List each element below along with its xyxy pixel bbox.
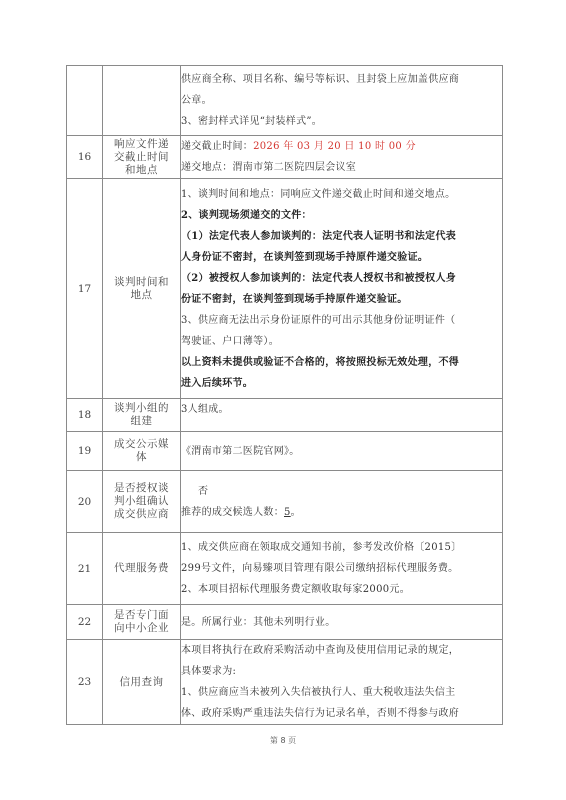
table-row-20: 20 是否授权谈 判小组确认 成交供应商 否 推荐的成交候选人数：5。 [67, 471, 503, 533]
content-line: 人身份证不密封，在谈判签到现场手持原件递交验证。 [181, 247, 502, 268]
name-line: 组建 [103, 415, 180, 428]
row-number [67, 66, 103, 136]
table-row-19: 19 成交公示媒 体 《渭南市第二医院官网》。 [67, 432, 503, 471]
table-row-16: 16 响应文件递 交截止时间 和地点 递交截止时间：2026 年 03 月 20… [67, 136, 503, 179]
candidate-count-value: 5 [284, 507, 291, 518]
row-number: 17 [67, 179, 103, 399]
candidate-count-label: 推荐的成交候选人数： [181, 507, 284, 518]
row-item-name: 谈判时间和 地点 [103, 179, 181, 399]
name-line: 谈判时间和 [103, 276, 180, 289]
row-item-name: 成交公示媒 体 [103, 432, 181, 471]
table-row-23: 23 信用查询 本项目将执行在政府采购活动中查询及使用信用记录的规定， 具体要求… [67, 640, 503, 725]
table-row-17: 17 谈判时间和 地点 1、谈判时间和地点：同响应文件递交截止时间和递交地点。 … [67, 179, 503, 399]
content-line: 1、谈判时间和地点：同响应文件递交截止时间和递交地点。 [181, 184, 502, 205]
content-line: 1、供应商应当未被列入失信被执行人、重大税收违法失信主 [181, 682, 502, 703]
deadline-label: 递交截止时间： [181, 141, 253, 152]
content-line: 本项目将执行在政府采购活动中查询及使用信用记录的规定， [181, 640, 502, 661]
page-number: 第 8 页 [0, 735, 566, 746]
name-line: 成交公示媒 [103, 438, 180, 451]
content-line: 份证不密封，在谈判签到现场手持原件递交验证。 [181, 289, 502, 310]
content-line: 以上资料未提供或验证不合格的，将按照投标无效处理，不得 [181, 352, 502, 373]
content-line: 供应商全称、项目名称、编号等标识、且封袋上应加盖供应商 [181, 69, 502, 90]
row-number: 23 [67, 640, 103, 725]
row-number: 22 [67, 605, 103, 640]
row-number: 21 [67, 533, 103, 605]
location-line: 递交地点：渭南市第二医院四层会议室 [181, 157, 502, 178]
row-content: 1、成交供应商在领取成交通知书前，参考发改价格〔2015〕 299号文件，向易臻… [181, 533, 503, 605]
name-line: 响应文件递 [103, 138, 180, 151]
content-line: 3、密封样式详见“封装样式”。 [181, 111, 502, 132]
name-line: 成交供应商 [103, 508, 180, 521]
row-item-name: 代理服务费 [103, 533, 181, 605]
table-row-21: 21 代理服务费 1、成交供应商在领取成交通知书前，参考发改价格〔2015〕 2… [67, 533, 503, 605]
row-content: 《渭南市第二医院官网》。 [181, 432, 503, 471]
content-line: 体、政府采购严重违法失信行为记录名单，否则不得参与政府 [181, 703, 502, 724]
content-line: 具体要求为: [181, 661, 502, 682]
row-content: 否 推荐的成交候选人数：5。 [181, 471, 503, 533]
content-line: 公章。 [181, 90, 502, 111]
content-line: 是。所属行业：其他未列明行业。 [181, 612, 502, 633]
name-line: 是否专门面 [103, 609, 180, 622]
content-line: （2）被授权人参加谈判的：法定代表人授权书和被授权人身 [181, 268, 502, 289]
row-item-name: 响应文件递 交截止时间 和地点 [103, 136, 181, 179]
content-line: 2、本项目招标代理服务费定额收取每家2000元。 [181, 579, 502, 600]
row-number: 16 [67, 136, 103, 179]
row-content: 递交截止时间：2026 年 03 月 20 日 10 时 00 分 递交地点：渭… [181, 136, 503, 179]
name-line: 体 [103, 451, 180, 464]
row-content: 3人组成。 [181, 399, 503, 432]
name-line: 谈判小组的 [103, 402, 180, 415]
deadline-line: 递交截止时间：2026 年 03 月 20 日 10 时 00 分 [181, 136, 502, 157]
table-row-18: 18 谈判小组的 组建 3人组成。 [67, 399, 503, 432]
content-line: 驾驶证、户口薄等）。 [181, 331, 502, 352]
row-number: 19 [67, 432, 103, 471]
name-line: 判小组确认 [103, 495, 180, 508]
row-item-name [103, 66, 181, 136]
content-line: （1）法定代表人参加谈判的：法定代表人证明书和法定代表 [181, 226, 502, 247]
name-line: 向中小企业 [103, 622, 180, 635]
content-line: 3、供应商无法出示身份证原件的可出示其他身份证明证件（ [181, 310, 502, 331]
candidate-count-suffix: 。 [291, 507, 301, 518]
content-line: 3人组成。 [181, 399, 502, 420]
name-line: 地点 [103, 289, 180, 302]
row-content: 是。所属行业：其他未列明行业。 [181, 605, 503, 640]
table-row-22: 22 是否专门面 向中小企业 是。所属行业：其他未列明行业。 [67, 605, 503, 640]
row-number: 20 [67, 471, 103, 533]
table-row-15: 供应商全称、项目名称、编号等标识、且封袋上应加盖供应商 公章。 3、密封样式详见… [67, 66, 503, 136]
content-line: 299号文件，向易臻项目管理有限公司缴纳招标代理服务费。 [181, 558, 502, 579]
row-content: 1、谈判时间和地点：同响应文件递交截止时间和递交地点。 2、谈判现场须递交的文件… [181, 179, 503, 399]
content-line: 进入后续环节。 [181, 373, 502, 394]
content-line: 《渭南市第二医院官网》。 [181, 441, 502, 462]
content-line: 1、成交供应商在领取成交通知书前，参考发改价格〔2015〕 [181, 537, 502, 558]
name-line: 交截止时间 [103, 151, 180, 164]
name-line: 和地点 [103, 164, 180, 177]
row-content: 供应商全称、项目名称、编号等标识、且封袋上应加盖供应商 公章。 3、密封样式详见… [181, 66, 503, 136]
row-content: 本项目将执行在政府采购活动中查询及使用信用记录的规定， 具体要求为: 1、供应商… [181, 640, 503, 725]
row-item-name: 是否授权谈 判小组确认 成交供应商 [103, 471, 181, 533]
row-item-name: 是否专门面 向中小企业 [103, 605, 181, 640]
authorize-answer: 否 [181, 481, 502, 502]
candidate-count-line: 推荐的成交候选人数：5。 [181, 502, 502, 523]
tender-info-table: 供应商全称、项目名称、编号等标识、且封袋上应加盖供应商 公章。 3、密封样式详见… [66, 65, 503, 725]
row-item-name: 信用查询 [103, 640, 181, 725]
deadline-value: 2026 年 03 月 20 日 10 时 00 分 [253, 141, 416, 152]
name-line: 是否授权谈 [103, 482, 180, 495]
row-item-name: 谈判小组的 组建 [103, 399, 181, 432]
content-line: 2、谈判现场须递交的文件： [181, 205, 502, 226]
row-number: 18 [67, 399, 103, 432]
